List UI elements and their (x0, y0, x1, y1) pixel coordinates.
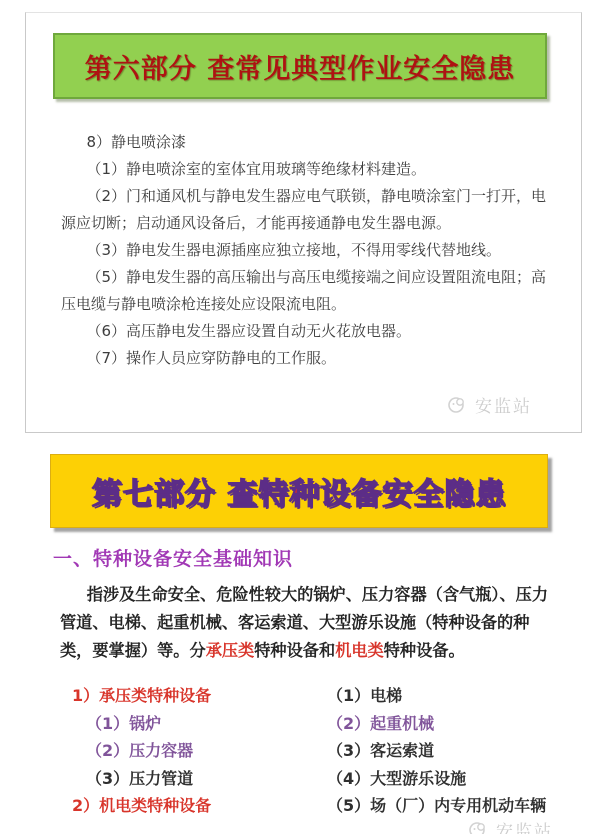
body-paragraph: （6）高压静电发生器应设置自动无火花放电器。 (61, 318, 553, 345)
list-item: （3）客运索道 (327, 737, 546, 765)
part6-title-banner: 第六部分 查常见典型作业安全隐患 (53, 33, 547, 99)
list-item: （5）场（厂）内专用机动车辆 (327, 792, 546, 820)
part6-body: 8）静电喷涂漆 （1）静电喷涂室的室体宜用玻璃等绝缘材料建造。 （2）门和通风机… (61, 129, 553, 372)
watermark-label: 安监站 (475, 392, 532, 417)
intro-tail: 特种设备。 (384, 641, 465, 660)
body-paragraph: （5）静电发生器的高压输出与高压电缆接端之间应设置阻流电阻；高压电缆与静电喷涂枪… (61, 264, 553, 318)
intro-highlight-chengya: 承压类 (206, 641, 255, 660)
body-paragraph: 8）静电喷涂漆 (61, 129, 553, 156)
list-item: （4）大型游乐设施 (327, 765, 546, 793)
list-item: （3）压力管道 (72, 765, 211, 793)
list-item: 1）承压类特种设备 (72, 682, 211, 710)
intro-mid: 特种设备和 (254, 641, 335, 660)
watermark: 安监站 (468, 817, 553, 834)
body-paragraph: （1）静电喷涂室的室体宜用玻璃等绝缘材料建造。 (61, 156, 553, 183)
part7-section-heading: 一、特种设备安全基础知识 (53, 544, 293, 571)
part7-title: 第七部分 查特种设备安全隐患 (92, 469, 506, 513)
intro-highlight-jidian: 机电类 (335, 641, 384, 660)
list-item: （1）锅炉 (72, 710, 211, 738)
list-item: （2）压力容器 (72, 737, 211, 765)
watermark-label: 安监站 (496, 817, 553, 834)
body-paragraph: （2）门和通风机与静电发生器应电气联锁，静电喷涂室门一打开，电源应切断；启动通风… (61, 183, 553, 237)
equipment-list-left-column: 1）承压类特种设备 （1）锅炉 （2）压力容器 （3）压力管道 2）机电类特种设… (72, 682, 211, 820)
part7-title-banner: 第七部分 查特种设备安全隐患 (50, 454, 548, 528)
list-item: （1）电梯 (327, 682, 546, 710)
article-page: { "colors": { "red": "#d8342a", "purple"… (0, 0, 597, 834)
list-item: 2）机电类特种设备 (72, 792, 211, 820)
part7-intro-paragraph: 指涉及生命安全、危险性较大的锅炉、压力容器（含气瓶）、压力管道、电梯、起重机械、… (60, 581, 554, 665)
watermark: 安监站 (447, 392, 532, 417)
slide-part6-panel: 第六部分 查常见典型作业安全隐患 8）静电喷涂漆 （1）静电喷涂室的室体宜用玻璃… (25, 12, 582, 433)
anjianzhan-logo-icon (468, 820, 490, 834)
list-item: （2）起重机械 (327, 710, 546, 738)
body-paragraph: （3）静电发生器电源插座应独立接地，不得用零线代替地线。 (61, 237, 553, 264)
anjianzhan-logo-icon (447, 395, 469, 415)
part6-title: 第六部分 查常见典型作业安全隐患 (85, 47, 515, 86)
body-paragraph: （7）操作人员应穿防静电的工作服。 (61, 345, 553, 372)
equipment-list-right-column: （1）电梯 （2）起重机械 （3）客运索道 （4）大型游乐设施 （5）场（厂）内… (327, 682, 546, 820)
